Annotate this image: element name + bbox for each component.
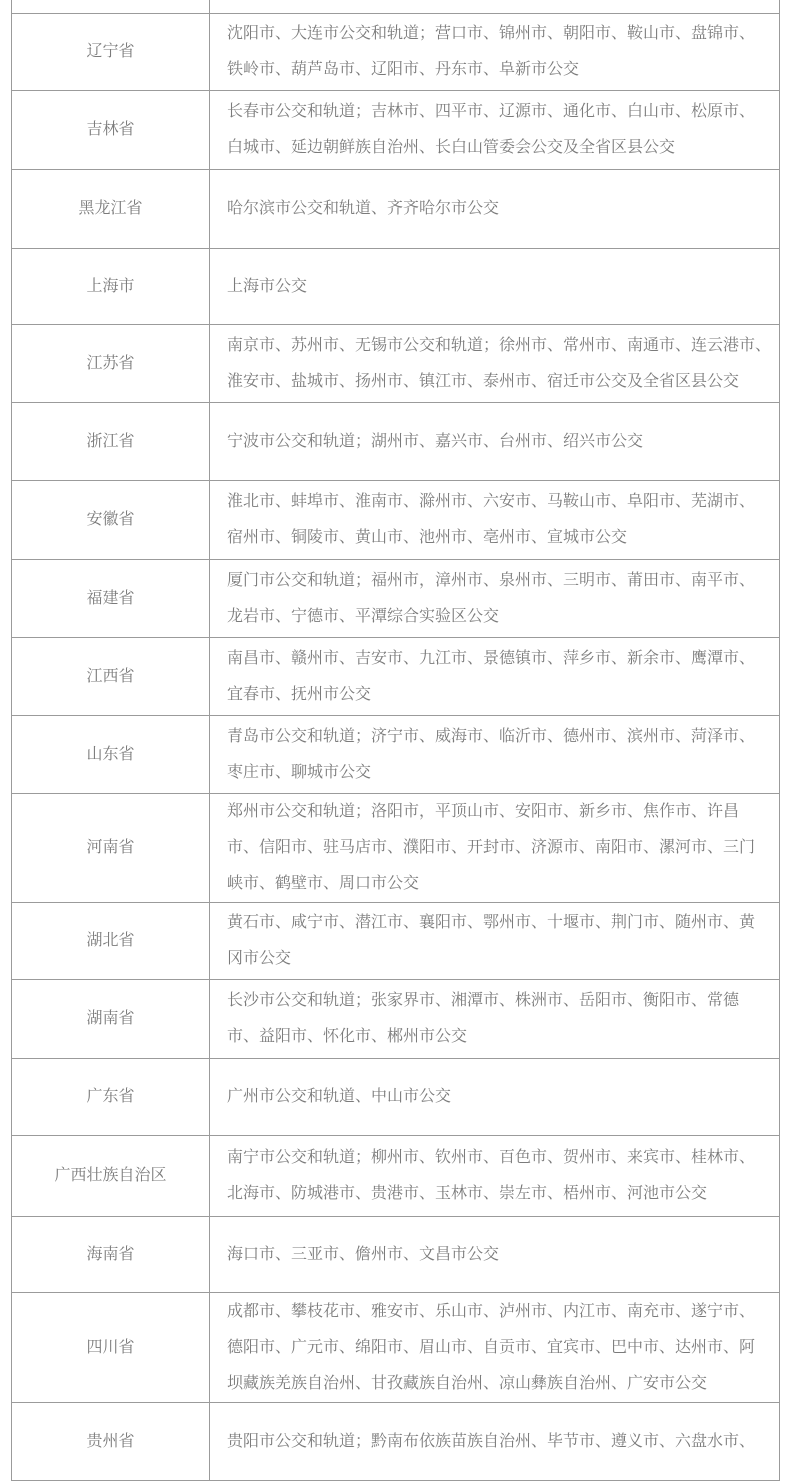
province-cell: 辽宁省: [12, 14, 210, 90]
cities-cell: 长春市公交和轨道；吉林市、四平市、辽源市、通化市、白山市、松原市、 白城市、延边…: [210, 91, 779, 169]
cities-cell: 长沙市公交和轨道；张家界市、湘潭市、株洲市、岳阳市、衡阳市、常德 市、益阳市、怀…: [210, 980, 779, 1058]
table-row: 吉林省 长春市公交和轨道；吉林市、四平市、辽源市、通化市、白山市、松原市、 白城…: [12, 91, 779, 170]
cities-cell: 郑州市公交和轨道；洛阳市，平顶山市、安阳市、新乡市、焦作市、许昌 市、信阳市、驻…: [210, 794, 779, 902]
cities-cell: 南京市、苏州市、无锡市公交和轨道；徐州市、常州市、南通市、连云港市、 淮安市、盐…: [210, 325, 779, 402]
table-row: 浙江省 宁波市公交和轨道；湖州市、嘉兴市、台州市、绍兴市公交: [12, 403, 779, 481]
province-cell: 浙江省: [12, 403, 210, 480]
province-cell: 湖北省: [12, 903, 210, 979]
province-cell: 安徽省: [12, 481, 210, 559]
province-cell: 山东省: [12, 716, 210, 793]
cities-cell: 宁波市公交和轨道；湖州市、嘉兴市、台州市、绍兴市公交: [210, 403, 779, 480]
table-row-partial-bottom: 贵州省 贵阳市公交和轨道；黔南布依族苗族自治州、毕节市、遵义市、六盘水市、: [12, 1403, 779, 1438]
province-cell: 江苏省: [12, 325, 210, 402]
table-row: 江苏省 南京市、苏州市、无锡市公交和轨道；徐州市、常州市、南通市、连云港市、 淮…: [12, 325, 779, 403]
table-row: 黑龙江省 哈尔滨市公交和轨道、齐齐哈尔市公交: [12, 170, 779, 249]
province-cell: 江西省: [12, 638, 210, 715]
cities-cell: 厦门市公交和轨道；福州市，漳州市、泉州市、三明市、莆田市、南平市、 龙岩市、宁德…: [210, 560, 779, 637]
province-cell: 吉林省: [12, 91, 210, 169]
table-row: 河南省 郑州市公交和轨道；洛阳市，平顶山市、安阳市、新乡市、焦作市、许昌 市、信…: [12, 794, 779, 903]
cities-cell: 贵阳市公交和轨道；黔南布依族苗族自治州、毕节市、遵义市、六盘水市、: [210, 1403, 779, 1438]
table-row: 辽宁省 沈阳市、大连市公交和轨道；营口市、锦州市、朝阳市、鞍山市、盘锦市、 铁岭…: [12, 14, 779, 91]
table-row: 湖北省 黄石市、咸宁市、潜江市、襄阳市、鄂州市、十堰市、荆门市、随州市、黄 冈市…: [12, 903, 779, 980]
table-row: 安徽省 淮北市、蚌埠市、淮南市、滁州市、六安市、马鞍山市、阜阳市、芜湖市、 宿州…: [12, 481, 779, 560]
cities-cell: 南宁市公交和轨道；柳州市、钦州市、百色市、贺州市、来宾市、桂林市、 北海市、防城…: [210, 1136, 779, 1216]
province-cell: 上海市: [12, 249, 210, 324]
table-row: 广西壮族自治区 南宁市公交和轨道；柳州市、钦州市、百色市、贺州市、来宾市、桂林市…: [12, 1136, 779, 1217]
table-row: 广东省 广州市公交和轨道、中山市公交: [12, 1059, 779, 1136]
province-cell: 海南省: [12, 1217, 210, 1292]
province-cell: 福建省: [12, 560, 210, 637]
province-cell: 贵州省: [12, 1403, 210, 1438]
table-row: 上海市 上海市公交: [12, 249, 779, 325]
cities-cell: 广州市公交和轨道、中山市公交: [210, 1059, 779, 1135]
cities-cell: 成都市、攀枝花市、雅安市、乐山市、泸州市、内江市、南充市、遂宁市、 德阳市、广元…: [210, 1293, 779, 1402]
province-cell: 河南省: [12, 794, 210, 902]
table-row: 山东省 青岛市公交和轨道；济宁市、威海市、临沂市、德州市、滨州市、菏泽市、 枣庄…: [12, 716, 779, 794]
table-row: 福建省 厦门市公交和轨道；福州市，漳州市、泉州市、三明市、莆田市、南平市、 龙岩…: [12, 560, 779, 638]
province-cell: 广东省: [12, 1059, 210, 1135]
table-row-partial-top: [12, 0, 779, 14]
cities-cell: 上海市公交: [210, 249, 779, 324]
cities-cell: 黄石市、咸宁市、潜江市、襄阳市、鄂州市、十堰市、荆门市、随州市、黄 冈市公交: [210, 903, 779, 979]
cities-cell: 海口市、三亚市、儋州市、文昌市公交: [210, 1217, 779, 1292]
cities-cell: 哈尔滨市公交和轨道、齐齐哈尔市公交: [210, 170, 779, 248]
cities-cell: 沈阳市、大连市公交和轨道；营口市、锦州市、朝阳市、鞍山市、盘锦市、 铁岭市、葫芦…: [210, 14, 779, 90]
table-row: 江西省 南昌市、赣州市、吉安市、九江市、景德镇市、萍乡市、新余市、鹰潭市、 宜春…: [12, 638, 779, 716]
cities-cell: 南昌市、赣州市、吉安市、九江市、景德镇市、萍乡市、新余市、鹰潭市、 宜春市、抚州…: [210, 638, 779, 715]
transit-coverage-table: 辽宁省 沈阳市、大连市公交和轨道；营口市、锦州市、朝阳市、鞍山市、盘锦市、 铁岭…: [11, 0, 780, 1438]
table-row: 湖南省 长沙市公交和轨道；张家界市、湘潭市、株洲市、岳阳市、衡阳市、常德 市、益…: [12, 980, 779, 1059]
province-cell: 湖南省: [12, 980, 210, 1058]
table-row: 海南省 海口市、三亚市、儋州市、文昌市公交: [12, 1217, 779, 1293]
province-cell: 四川省: [12, 1293, 210, 1402]
cities-cell: [210, 0, 779, 13]
province-cell: 黑龙江省: [12, 170, 210, 248]
cities-cell: 淮北市、蚌埠市、淮南市、滁州市、六安市、马鞍山市、阜阳市、芜湖市、 宿州市、铜陵…: [210, 481, 779, 559]
table-row: 四川省 成都市、攀枝花市、雅安市、乐山市、泸州市、内江市、南充市、遂宁市、 德阳…: [12, 1293, 779, 1403]
cities-cell: 青岛市公交和轨道；济宁市、威海市、临沂市、德州市、滨州市、菏泽市、 枣庄市、聊城…: [210, 716, 779, 793]
province-cell: 广西壮族自治区: [12, 1136, 210, 1216]
province-cell: [12, 0, 210, 13]
